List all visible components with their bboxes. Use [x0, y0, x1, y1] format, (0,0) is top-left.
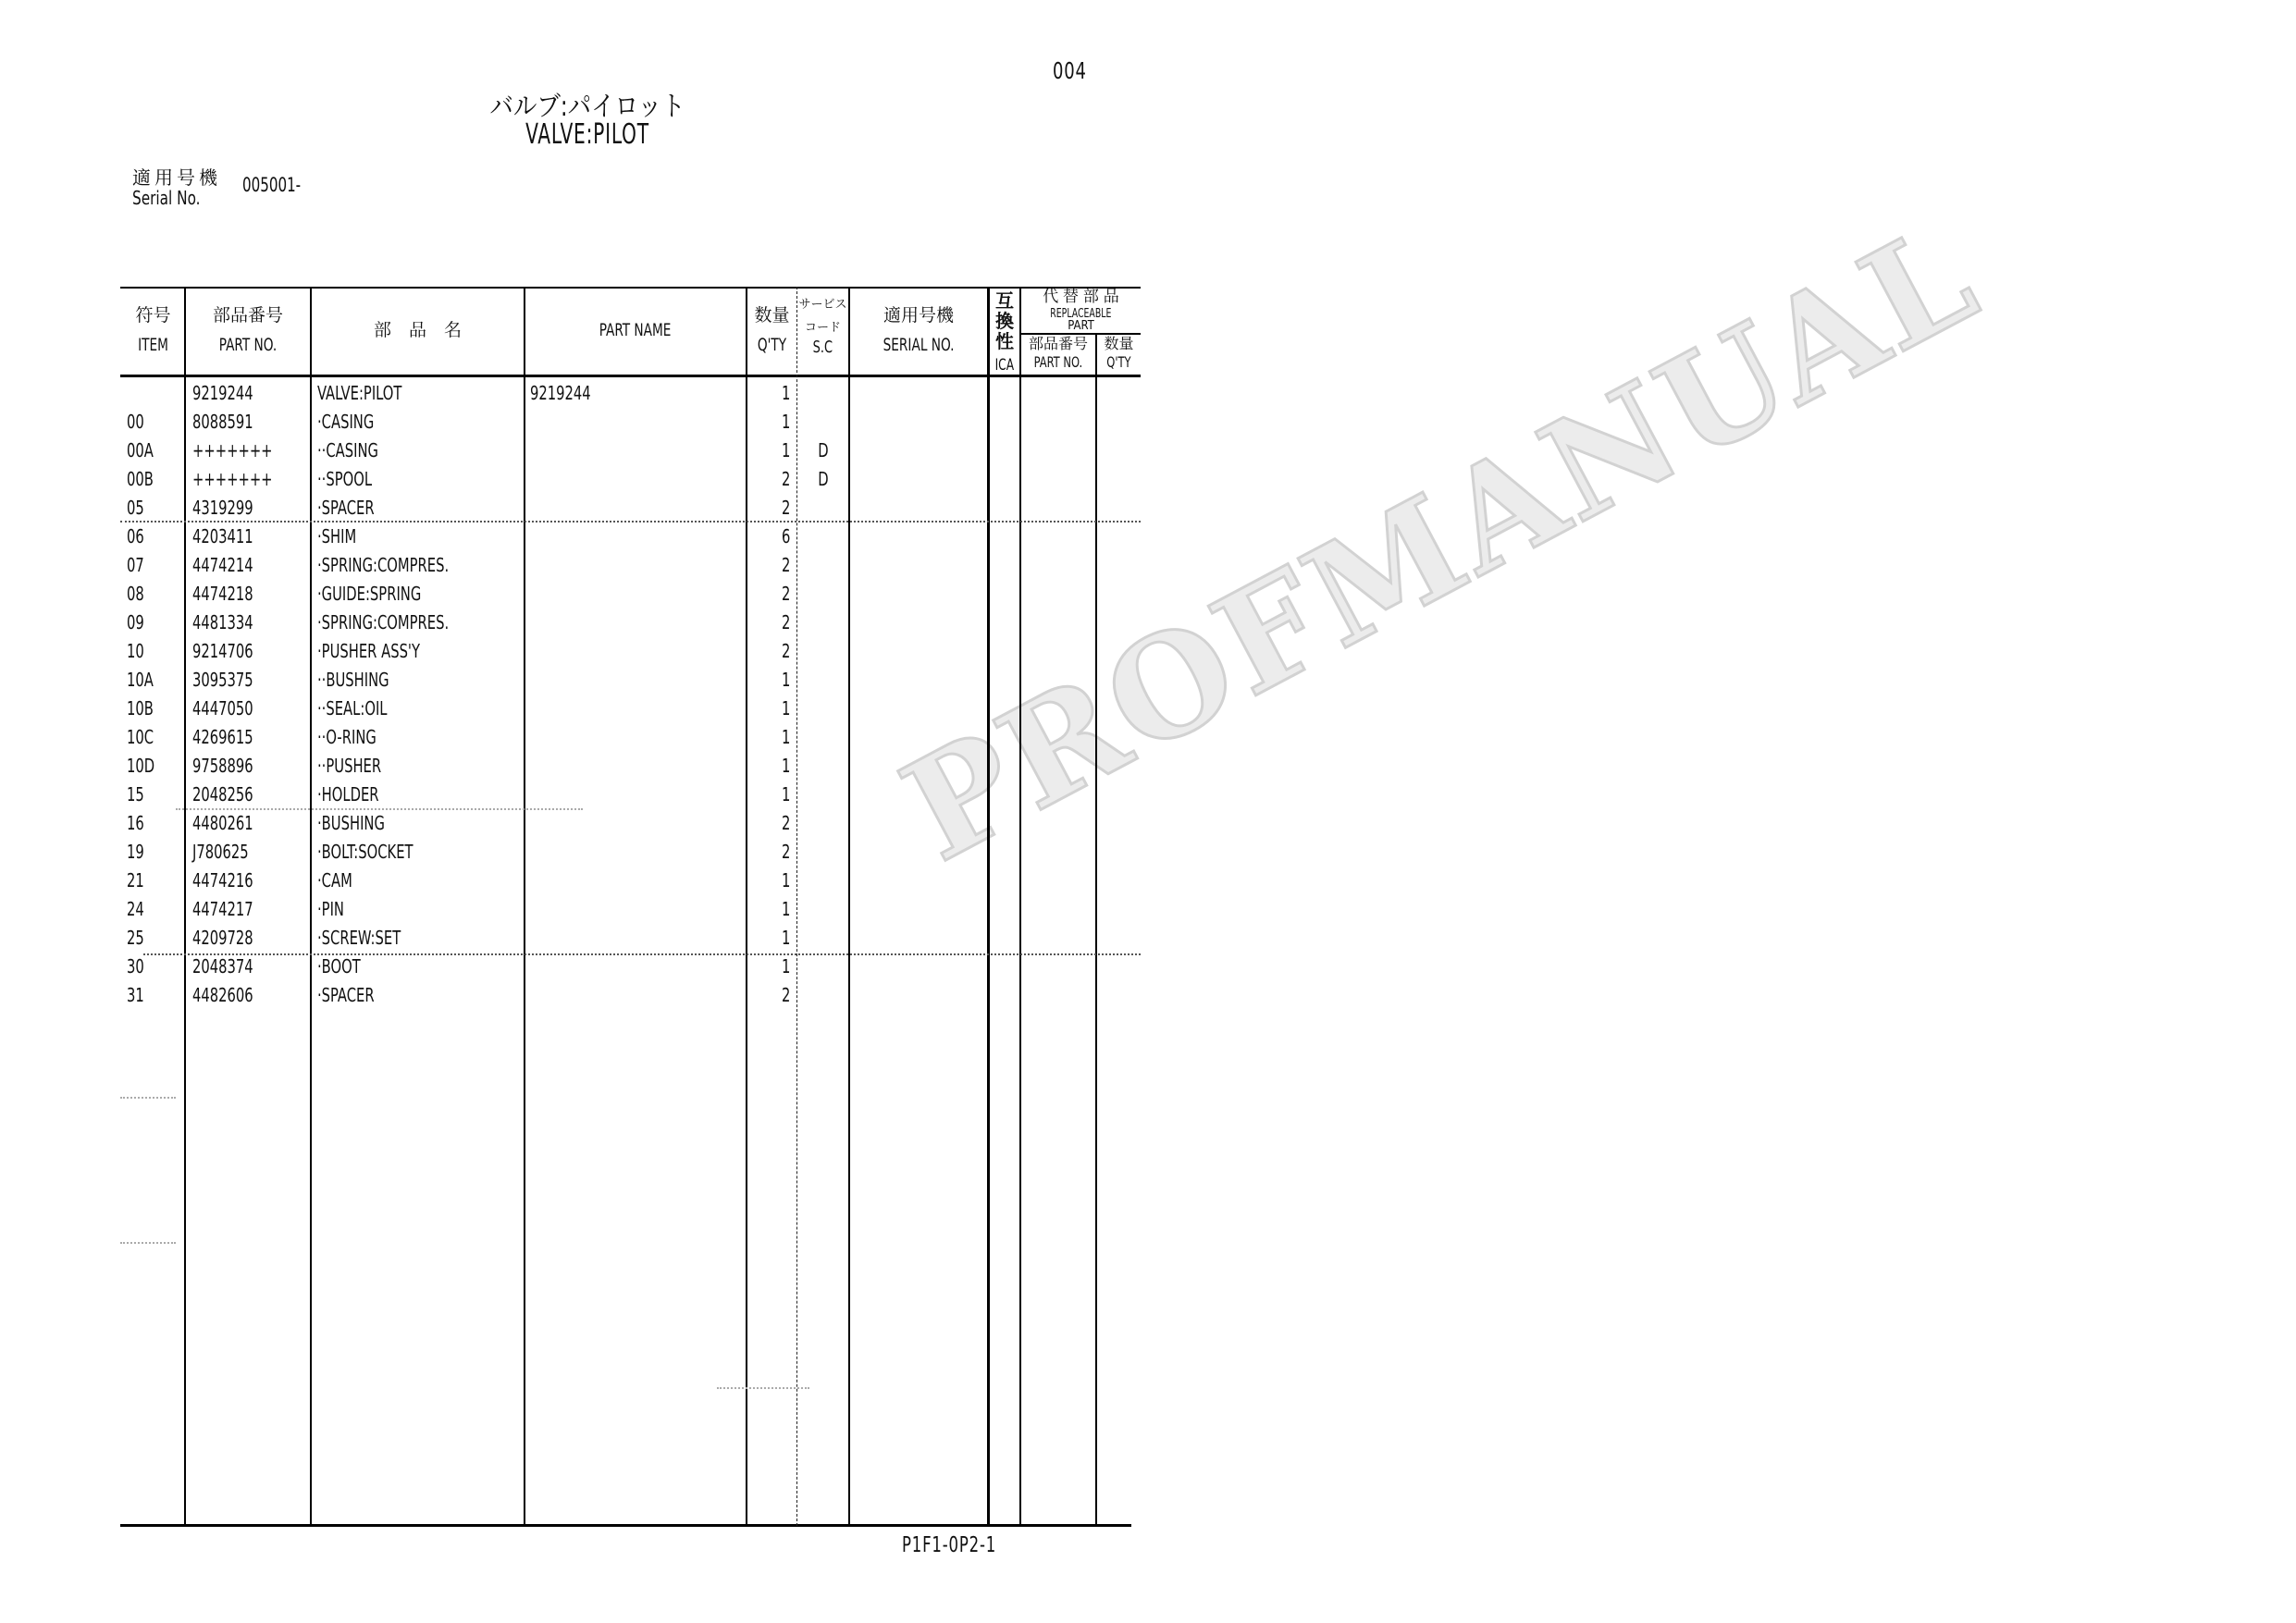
cell-text: 2 — [782, 551, 790, 580]
cell-text: 4319299 — [192, 494, 253, 523]
cell-qty: 1 — [747, 695, 790, 723]
cell-qty: 1 — [747, 666, 790, 695]
cell-item: 10A — [127, 666, 182, 695]
cell-text: 9219244 — [530, 379, 591, 408]
header-rep-qty-en: Q'TY — [1106, 353, 1130, 372]
cell-text: ·PUSHER ASS'Y — [317, 637, 420, 666]
cell-text: VALVE:PILOT — [317, 379, 401, 408]
cell-part-no: 8088591 — [192, 408, 308, 436]
cell-name-en — [530, 580, 745, 609]
cell-text: 00 — [127, 408, 144, 436]
cell-text: 4474217 — [192, 895, 253, 924]
cell-qty: 2 — [747, 609, 790, 637]
cell-text: 1 — [782, 408, 790, 436]
cell-name-jp: ·BUSHING — [317, 809, 523, 838]
cell-qty: 2 — [747, 637, 790, 666]
cell-name-en — [530, 465, 745, 494]
cell-text: 10A — [127, 666, 154, 695]
cell-name-jp: ·GUIDE:SPRING — [317, 580, 523, 609]
cell-name-jp: ·SCREW:SET — [317, 924, 523, 953]
col-rule-name-en — [524, 287, 525, 1526]
serial-value: 005001- — [242, 174, 301, 196]
cell-text: 1 — [782, 752, 790, 781]
cell-text: 2 — [782, 465, 790, 494]
cell-part-no: 4447050 — [192, 695, 308, 723]
cell-item: 16 — [127, 809, 182, 838]
cell-qty: 2 — [747, 465, 790, 494]
cell-item: 00A — [127, 436, 182, 465]
cell-part-no: 9214706 — [192, 637, 308, 666]
cell-text: 1 — [782, 379, 790, 408]
header-ica-jp: 互換性 — [994, 290, 1015, 351]
header-rep-part-no-en: PART NO. — [1034, 353, 1083, 372]
cell-text: ··O-RING — [317, 723, 376, 752]
cell-text: 10B — [127, 695, 154, 723]
header-serial-en: SERIAL NO. — [883, 333, 955, 357]
cell-text: J780625 — [192, 838, 249, 867]
cell-text: 1 — [782, 723, 790, 752]
header-qty: 数量 Q'TY — [747, 303, 796, 357]
cell-qty: 1 — [747, 379, 790, 408]
cell-text: 3095375 — [192, 666, 253, 695]
cell-name-jp: ··O-RING — [317, 723, 523, 752]
cell-text: 1 — [782, 953, 790, 981]
cell-text: 2 — [782, 838, 790, 867]
cell-text: 4203411 — [192, 523, 253, 551]
cell-text: 1 — [782, 436, 790, 465]
cell-text: ··BUSHING — [317, 666, 389, 695]
cell-name-jp: ·HOLDER — [317, 781, 523, 809]
cell-qty: 1 — [747, 408, 790, 436]
cell-item: 15 — [127, 781, 182, 809]
row-separator — [120, 1097, 176, 1099]
col-rule-serial — [848, 287, 850, 1526]
cell-sc — [797, 551, 848, 580]
header-qty-en: Q'TY — [758, 333, 786, 357]
cell-text: ·SPRING:COMPRES. — [317, 609, 449, 637]
header-ica: 互換性 ICA — [990, 290, 1019, 375]
cell-sc — [797, 379, 848, 408]
cell-part-no: 4474216 — [192, 867, 308, 895]
header-replaceable-jp: 代 替 部 品 — [1021, 289, 1141, 305]
col-rule-ica — [987, 287, 990, 1526]
cell-part-no: 2048256 — [192, 781, 308, 809]
cell-name-en — [530, 609, 745, 637]
cell-item: 00 — [127, 408, 182, 436]
cell-text: 24 — [127, 895, 144, 924]
cell-text: 25 — [127, 924, 144, 953]
cell-text: ··PUSHER — [317, 752, 381, 781]
cell-text: ··SEAL:OIL — [317, 695, 388, 723]
cell-text: 2048374 — [192, 953, 253, 981]
header-part-name-jp: 部 品 名 — [312, 318, 524, 342]
cell-part-no: 4480261 — [192, 809, 308, 838]
cell-qty: 2 — [747, 809, 790, 838]
cell-name-en — [530, 953, 745, 981]
cell-name-en — [530, 981, 745, 1010]
cell-text: 9214706 — [192, 637, 253, 666]
cell-item: 06 — [127, 523, 182, 551]
cell-qty: 2 — [747, 580, 790, 609]
cell-name-jp: ··SEAL:OIL — [317, 695, 523, 723]
cell-name-en — [530, 752, 745, 781]
cell-qty: 2 — [747, 494, 790, 523]
cell-qty: 1 — [747, 867, 790, 895]
header-rep-part-no: 部品番号 PART NO. — [1021, 335, 1095, 372]
cell-text: ··CASING — [317, 436, 378, 465]
cell-text: 07 — [127, 551, 144, 580]
cell-text: ·CAM — [317, 867, 352, 895]
cell-sc — [797, 637, 848, 666]
cell-text: 09 — [127, 609, 144, 637]
cell-name-jp: ·BOLT:SOCKET — [317, 838, 523, 867]
cell-part-no: 4269615 — [192, 723, 308, 752]
cell-text: 1 — [782, 924, 790, 953]
cell-qty: 1 — [747, 781, 790, 809]
cell-text: 2 — [782, 580, 790, 609]
cell-name-en — [530, 838, 745, 867]
cell-text: D — [818, 436, 828, 465]
cell-name-en — [530, 666, 745, 695]
cell-sc — [797, 723, 848, 752]
cell-qty: 1 — [747, 924, 790, 953]
cell-name-jp: ·SPRING:COMPRES. — [317, 609, 523, 637]
cell-sc — [797, 981, 848, 1010]
cell-text: ·SPACER — [317, 981, 375, 1010]
cell-item: 07 — [127, 551, 182, 580]
header-qty-jp: 数量 — [747, 303, 796, 327]
cell-item: 10B — [127, 695, 182, 723]
cell-text: +++++++ — [192, 465, 273, 494]
cell-item: 08 — [127, 580, 182, 609]
cell-sc: D — [797, 436, 848, 465]
cell-part-no: 4482606 — [192, 981, 308, 1010]
cell-name-en — [530, 723, 745, 752]
cell-text: ·BOLT:SOCKET — [317, 838, 414, 867]
cell-item: 31 — [127, 981, 182, 1010]
cell-text: 4447050 — [192, 695, 253, 723]
cell-sc — [797, 838, 848, 867]
cell-qty: 1 — [747, 752, 790, 781]
cell-part-no: 2048374 — [192, 953, 308, 981]
cell-text: 2 — [782, 609, 790, 637]
cell-text: 21 — [127, 867, 144, 895]
cell-name-jp: ·CASING — [317, 408, 523, 436]
cell-item: 10 — [127, 637, 182, 666]
cell-name-jp: ·SHIM — [317, 523, 523, 551]
cell-sc — [797, 580, 848, 609]
cell-sc — [797, 408, 848, 436]
cell-name-jp: ·PUSHER ASS'Y — [317, 637, 523, 666]
cell-item: 19 — [127, 838, 182, 867]
header-part-no-en: PART NO. — [219, 333, 277, 357]
cell-text: 06 — [127, 523, 144, 551]
cell-text: 8088591 — [192, 408, 253, 436]
cell-text: ·SCREW:SET — [317, 924, 401, 953]
cell-text: ·SHIM — [317, 523, 356, 551]
cell-name-en — [530, 408, 745, 436]
header-serial-no: 適用号機 SERIAL NO. — [850, 303, 987, 357]
col-rule-rep-qty — [1095, 333, 1097, 1526]
cell-text: 9219244 — [192, 379, 253, 408]
cell-text: 00B — [127, 465, 154, 494]
cell-part-no: 4474218 — [192, 580, 308, 609]
cell-qty: 1 — [747, 895, 790, 924]
cell-text: 1 — [782, 781, 790, 809]
cell-text: 2 — [782, 809, 790, 838]
cell-name-en — [530, 924, 745, 953]
cell-text: 31 — [127, 981, 144, 1010]
header-rep-qty: 数量 Q'TY — [1097, 335, 1141, 372]
col-rule-name-jp — [310, 287, 312, 1526]
cell-name-en: 9219244 — [530, 379, 745, 408]
cell-name-jp: ··BUSHING — [317, 666, 523, 695]
cell-text: 1 — [782, 666, 790, 695]
header-sc-en: S.C — [813, 336, 833, 360]
row-separator — [120, 1242, 176, 1244]
cell-qty: 1 — [747, 436, 790, 465]
cell-part-no: 9219244 — [192, 379, 308, 408]
cell-sc: D — [797, 465, 848, 494]
cell-text: 2 — [782, 494, 790, 523]
cell-sc — [797, 867, 848, 895]
footer-code: P1F1-0P2-1 — [902, 1533, 996, 1557]
cell-text: 19 — [127, 838, 144, 867]
cell-text: ·PIN — [317, 895, 344, 924]
cell-text: 1 — [782, 695, 790, 723]
header-replaceable-en-1: REPLACEABLE — [1050, 308, 1111, 320]
cell-sc — [797, 523, 848, 551]
cell-text: ·SPRING:COMPRES. — [317, 551, 449, 580]
title-english: VALVE:PILOT — [498, 118, 678, 151]
cell-item — [127, 379, 182, 408]
cell-sc — [797, 695, 848, 723]
cell-name-jp: ·SPACER — [317, 981, 523, 1010]
header-replaceable-part: 代 替 部 品 REPLACEABLE PART — [1021, 289, 1141, 332]
cell-text: 00A — [127, 436, 154, 465]
cell-sc — [797, 895, 848, 924]
cell-name-en — [530, 867, 745, 895]
cell-part-no: 4474214 — [192, 551, 308, 580]
cell-text: D — [818, 465, 828, 494]
cell-text: ··SPOOL — [317, 465, 372, 494]
cell-text: 4480261 — [192, 809, 253, 838]
serial-label-english: Serial No. — [132, 187, 200, 209]
cell-item: 10D — [127, 752, 182, 781]
cell-item: 21 — [127, 867, 182, 895]
cell-sc — [797, 494, 848, 523]
cell-name-en — [530, 551, 745, 580]
cell-name-jp: ··PUSHER — [317, 752, 523, 781]
cell-name-jp: ·SPACER — [317, 494, 523, 523]
header-sc-jp-2: コード — [797, 321, 848, 335]
cell-part-no: 4203411 — [192, 523, 308, 551]
cell-item: 25 — [127, 924, 182, 953]
cell-text: 08 — [127, 580, 144, 609]
cell-part-no: 4209728 — [192, 924, 308, 953]
cell-sc — [797, 924, 848, 953]
cell-name-en — [530, 494, 745, 523]
header-serial-jp: 適用号機 — [850, 303, 987, 327]
cell-text: 4481334 — [192, 609, 253, 637]
cell-part-no: +++++++ — [192, 465, 308, 494]
cell-text: ·CASING — [317, 408, 374, 436]
cell-text: 4482606 — [192, 981, 253, 1010]
cell-text: 4209728 — [192, 924, 253, 953]
cell-text: 2 — [782, 981, 790, 1010]
cell-text: 6 — [782, 523, 790, 551]
cell-name-en — [530, 809, 745, 838]
cell-name-en — [530, 523, 745, 551]
header-item-jp: 符号 — [122, 303, 184, 327]
cell-name-jp: ··CASING — [317, 436, 523, 465]
cell-name-jp: ·BOOT — [317, 953, 523, 981]
cell-name-en — [530, 637, 745, 666]
cell-text: ·GUIDE:SPRING — [317, 580, 421, 609]
cell-text: +++++++ — [192, 436, 273, 465]
cell-sc — [797, 953, 848, 981]
cell-qty: 1 — [747, 723, 790, 752]
cell-text: 9758896 — [192, 752, 253, 781]
table-bottom-rule — [120, 1524, 1131, 1527]
header-sc-jp-1: サービス — [797, 298, 848, 312]
cell-text: 10C — [127, 723, 154, 752]
cell-part-no: 4319299 — [192, 494, 308, 523]
col-rule-part-no — [184, 287, 186, 1526]
serial-label-japanese: 適用号機 — [132, 163, 221, 190]
cell-qty: 2 — [747, 551, 790, 580]
header-item: 符号 ITEM — [122, 303, 184, 357]
cell-part-no: 4474217 — [192, 895, 308, 924]
header-replaceable-en-2: PART — [1021, 320, 1141, 332]
header-part-name-en: PART NAME — [525, 318, 746, 342]
cell-sc — [797, 666, 848, 695]
cell-qty: 2 — [747, 981, 790, 1010]
header-part-name-en-text: PART NAME — [599, 318, 672, 342]
cell-text: 1 — [782, 895, 790, 924]
cell-sc — [797, 809, 848, 838]
cell-text: 4474214 — [192, 551, 253, 580]
cell-name-jp: ·CAM — [317, 867, 523, 895]
cell-name-en — [530, 436, 745, 465]
cell-sc — [797, 752, 848, 781]
cell-part-no: 3095375 — [192, 666, 308, 695]
cell-name-en — [530, 695, 745, 723]
col-rule-rep-part — [1019, 287, 1021, 1526]
header-rep-part-no-jp: 部品番号 — [1021, 335, 1095, 353]
row-separator — [717, 1387, 809, 1389]
header-item-en: ITEM — [138, 333, 168, 357]
cell-name-en — [530, 781, 745, 809]
cell-text: 4474216 — [192, 867, 253, 895]
cell-text: 4474218 — [192, 580, 253, 609]
cell-name-en — [530, 895, 745, 924]
header-service-code: サービス コード S.C — [797, 298, 848, 360]
cell-text: ·HOLDER — [317, 781, 379, 809]
cell-name-jp: ··SPOOL — [317, 465, 523, 494]
cell-text: 10D — [127, 752, 154, 781]
cell-text: 30 — [127, 953, 144, 981]
cell-item: 00B — [127, 465, 182, 494]
cell-text: 05 — [127, 494, 144, 523]
cell-text: 1 — [782, 867, 790, 895]
cell-text: ·BUSHING — [317, 809, 385, 838]
header-part-name-jp-text: 部 品 名 — [312, 318, 524, 342]
cell-text: ·SPACER — [317, 494, 375, 523]
cell-text: 2048256 — [192, 781, 253, 809]
cell-name-jp: ·SPRING:COMPRES. — [317, 551, 523, 580]
cell-text: 4269615 — [192, 723, 253, 752]
cell-text: 15 — [127, 781, 144, 809]
cell-text: 10 — [127, 637, 144, 666]
header-rep-qty-jp: 数量 — [1097, 335, 1141, 353]
cell-item: 10C — [127, 723, 182, 752]
cell-part-no: 9758896 — [192, 752, 308, 781]
page-number: 004 — [1053, 57, 1087, 84]
cell-text: 2 — [782, 637, 790, 666]
cell-text: ·BOOT — [317, 953, 361, 981]
cell-name-jp: VALVE:PILOT — [317, 379, 523, 408]
cell-sc — [797, 781, 848, 809]
cell-qty: 1 — [747, 953, 790, 981]
cell-qty: 2 — [747, 838, 790, 867]
header-part-no: 部品番号 PART NO. — [186, 303, 310, 357]
header-part-no-jp: 部品番号 — [186, 303, 310, 327]
cell-name-jp: ·PIN — [317, 895, 523, 924]
cell-part-no: 4481334 — [192, 609, 308, 637]
cell-text: 16 — [127, 809, 144, 838]
cell-part-no: +++++++ — [192, 436, 308, 465]
header-ica-en: ICA — [995, 355, 1015, 375]
cell-item: 09 — [127, 609, 182, 637]
cell-item: 30 — [127, 953, 182, 981]
cell-part-no: J780625 — [192, 838, 308, 867]
cell-qty: 6 — [747, 523, 790, 551]
cell-sc — [797, 609, 848, 637]
cell-item: 05 — [127, 494, 182, 523]
cell-item: 24 — [127, 895, 182, 924]
